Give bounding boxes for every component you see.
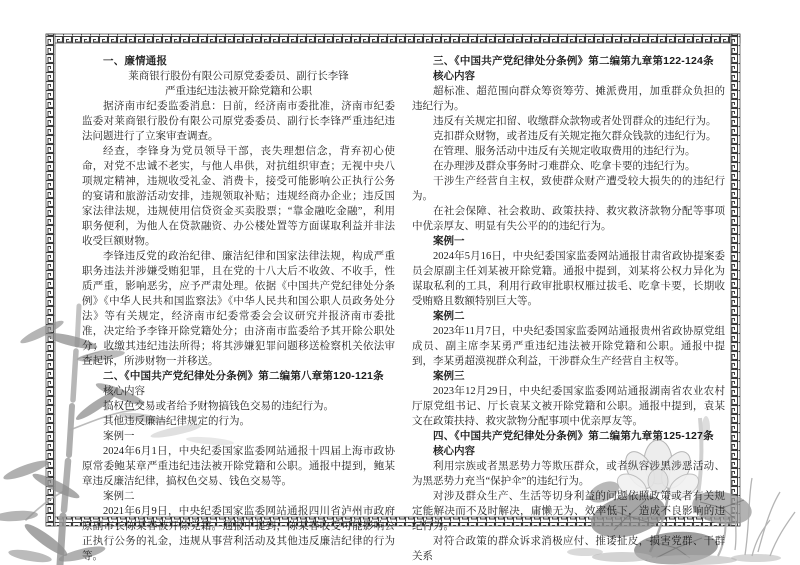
section3-case1-text: 2024年5月16日，中央纪委国家监委网站通报甘肃省政协提案委员会原副主任刘某被… [412, 249, 725, 309]
section4-heading: 四、《中国共产党纪律处分条例》第二编第九章第125-127条 [412, 429, 725, 444]
section3-case2-label: 案例二 [412, 309, 725, 324]
notice-heading: 一、廉情通报 [82, 54, 395, 69]
section3-core-item: 克扣群众财物，或者违反有关规定拖欠群众钱款的违纪行为。 [412, 129, 725, 144]
notice-paragraph: 据济南市纪委监委消息：日前，经济南市委批准，济南市纪委监委对莱商银行股份有限公司… [82, 99, 395, 144]
section3-core-label: 核心内容 [412, 69, 725, 84]
section2-case1-label: 案例一 [82, 429, 395, 444]
left-column: 一、廉情通报 莱商银行股份有限公司原党委委员、副行长李锋 严重违纪违法被开除党籍… [82, 54, 395, 564]
notice-subtitle-line2: 严重违纪违法被开除党籍和公职 [82, 84, 395, 99]
section2-case1-text: 2024年6月1日，中央纪委国家监委网站通报十四届上海市政协原常委鲍某章严重违纪… [82, 444, 395, 489]
section2-core-item: 搞权色交易或者给予财物搞钱色交易的违纪行为。 [82, 399, 395, 414]
section3-heading: 三、《中国共产党纪律处分条例》第二编第九章第122-124条 [412, 54, 725, 69]
section3-core-item: 在办理涉及群众事务时刁难群众、吃拿卡要的违纪行为。 [412, 159, 725, 174]
right-column: 三、《中国共产党纪律处分条例》第二编第九章第122-124条 核心内容 超标准、… [412, 54, 725, 564]
section4-core-label: 核心内容 [412, 444, 725, 459]
section2-core-label: 核心内容 [82, 384, 395, 399]
section3-core-item: 在管理、服务活动中违反有关规定收取费用的违纪行为。 [412, 144, 725, 159]
section4-core-item: 对涉及群众生产、生活等切身利益的问题依照政策或者有关规定能解决而不及时解决，庸懒… [412, 489, 725, 534]
section2-heading: 二、《中国共产党纪律处分条例》第二编第八章第120-121条 [82, 369, 395, 384]
section3-case1-label: 案例一 [412, 234, 725, 249]
notice-paragraph: 李锋违反党的政治纪律、廉洁纪律和国家法律法规，构成严重职务违法并涉嫌受贿犯罪，且… [82, 249, 395, 369]
section2-core-item: 其他违反廉洁纪律规定的行为。 [82, 414, 395, 429]
document-page: 一、廉情通报 莱商银行股份有限公司原党委委员、副行长李锋 严重违纪违法被开除党籍… [0, 0, 800, 565]
section3-case3-text: 2023年12月29日，中央纪委国家监委网站通报湖南省农业农村厅原党组书记、厅长… [412, 384, 725, 429]
notice-paragraph: 经查，李锋身为党员领导干部，丧失理想信念，背弃初心使命，对党不忠诚不老实，与他人… [82, 144, 395, 249]
section3-core-item: 违反有关规定扣留、收缴群众款物或者处罚群众的违纪行为。 [412, 114, 725, 129]
section3-core-item: 超标准、超范围向群众筹资筹劳、摊派费用，加重群众负担的违纪行为。 [412, 84, 725, 114]
section4-core-item: 利用宗族或者黑恶势力等欺压群众，或者纵容涉黑涉恶活动、为黑恶势力充当“保护伞”的… [412, 459, 725, 489]
section2-case2-text: 2021年6月9日，中央纪委国家监委网站通报四川省泸州市政府原副市长陈某春被开除… [82, 504, 395, 564]
section3-case2-text: 2023年11月7日，中央纪委国家监委网站通报贵州省政协原党组成员、副主席李某勇… [412, 324, 725, 369]
section2-case2-label: 案例二 [82, 489, 395, 504]
section3-case3-label: 案例三 [412, 369, 725, 384]
notice-subtitle-line1: 莱商银行股份有限公司原党委委员、副行长李锋 [82, 69, 395, 84]
section3-core-item: 在社会保障、社会救助、政策扶持、救灾救济款物分配等事项中优亲厚友、明显有失公平的… [412, 204, 725, 234]
section3-core-item: 干涉生产经营自主权，致使群众财产遭受较大损失的的违纪行为。 [412, 174, 725, 204]
section4-core-item: 对符合政策的群众诉求消极应付、推诿扯皮，损害党群、干群关系 [412, 534, 725, 564]
